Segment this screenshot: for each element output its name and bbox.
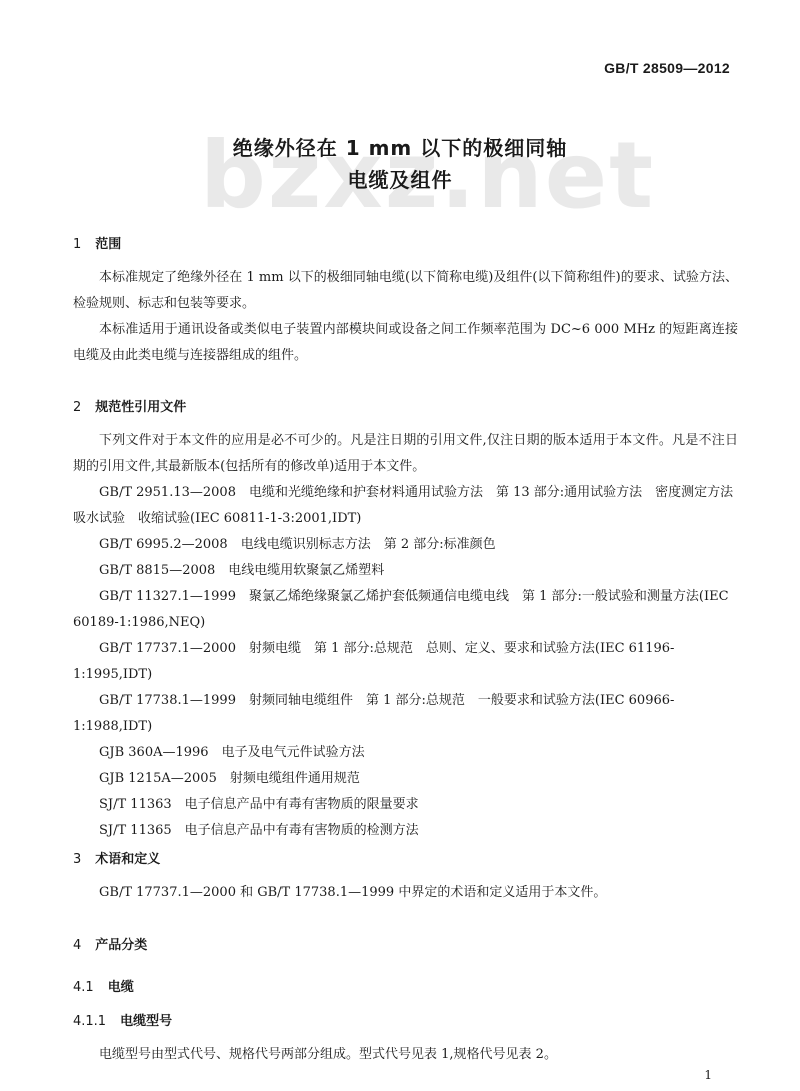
document-title-line1: 绝缘外径在 1 mm 以下的极细同轴 <box>0 132 800 161</box>
document-title-line2: 电缆及组件 <box>0 164 800 193</box>
reference-item: GB/T 11327.1—1999 聚氯乙烯绝缘聚氯乙烯护套低频通信电缆电线 第… <box>73 584 738 636</box>
section-1-heading: 1范围 <box>73 233 121 252</box>
reference-item: GB/T 2951.13—2008 电缆和光缆绝缘和护套材料通用试验方法 第 1… <box>73 480 738 532</box>
reference-item: GJB 1215A—2005 射频电缆组件通用规范 <box>73 766 738 792</box>
section-4-1-1-paragraph: 电缆型号由型式代号、规格代号两部分组成。型式代号见表 1,规格代号见表 2。 <box>73 1042 738 1068</box>
section-4-heading: 4产品分类 <box>73 934 147 953</box>
standard-code: GB/T 28509—2012 <box>604 60 730 76</box>
section-2-intro: 下列文件对于本文件的应用是必不可少的。凡是注日期的引用文件,仅注日期的版本适用于… <box>73 428 738 480</box>
section-title: 范围 <box>95 237 121 252</box>
reference-item: GJB 360A—1996 电子及电气元件试验方法 <box>73 740 738 766</box>
reference-item: SJ/T 11363 电子信息产品中有毒有害物质的限量要求 <box>73 792 738 818</box>
reference-item: SJ/T 11365 电子信息产品中有毒有害物质的检测方法 <box>73 818 738 844</box>
reference-item: GB/T 17737.1—2000 射频电缆 第 1 部分:总规范 总则、定义、… <box>73 636 738 688</box>
section-number: 4.1.1 <box>73 1014 106 1029</box>
section-number: 3 <box>73 852 81 867</box>
section-title: 规范性引用文件 <box>95 400 186 415</box>
section-2-heading: 2规范性引用文件 <box>73 396 186 415</box>
section-title: 产品分类 <box>95 938 147 953</box>
section-4-1-heading: 4.1电缆 <box>73 976 134 995</box>
section-4-1-1-heading: 4.1.1电缆型号 <box>73 1010 172 1029</box>
reference-item: GB/T 8815—2008 电线电缆用软聚氯乙烯塑料 <box>73 558 738 584</box>
section-number: 4.1 <box>73 980 94 995</box>
section-number: 1 <box>73 237 81 252</box>
section-number: 4 <box>73 938 81 953</box>
reference-item: GB/T 6995.2—2008 电线电缆识别标志方法 第 2 部分:标准颜色 <box>73 532 738 558</box>
section-3-paragraph: GB/T 17737.1—2000 和 GB/T 17738.1—1999 中界… <box>73 880 738 906</box>
section-title: 电缆型号 <box>120 1014 172 1029</box>
section-title: 电缆 <box>108 980 134 995</box>
section-3-heading: 3术语和定义 <box>73 848 160 867</box>
section-title: 术语和定义 <box>95 852 160 867</box>
section-1-paragraph-1: 本标准规定了绝缘外径在 1 mm 以下的极细同轴电缆(以下简称电缆)及组件(以下… <box>73 265 738 317</box>
section-1-paragraph-2: 本标准适用于通讯设备或类似电子装置内部模块间或设备之间工作频率范围为 DC~6 … <box>73 317 738 369</box>
page-number: 1 <box>704 1068 712 1082</box>
reference-item: GB/T 17738.1—1999 射频同轴电缆组件 第 1 部分:总规范 一般… <box>73 688 738 740</box>
section-number: 2 <box>73 400 81 415</box>
